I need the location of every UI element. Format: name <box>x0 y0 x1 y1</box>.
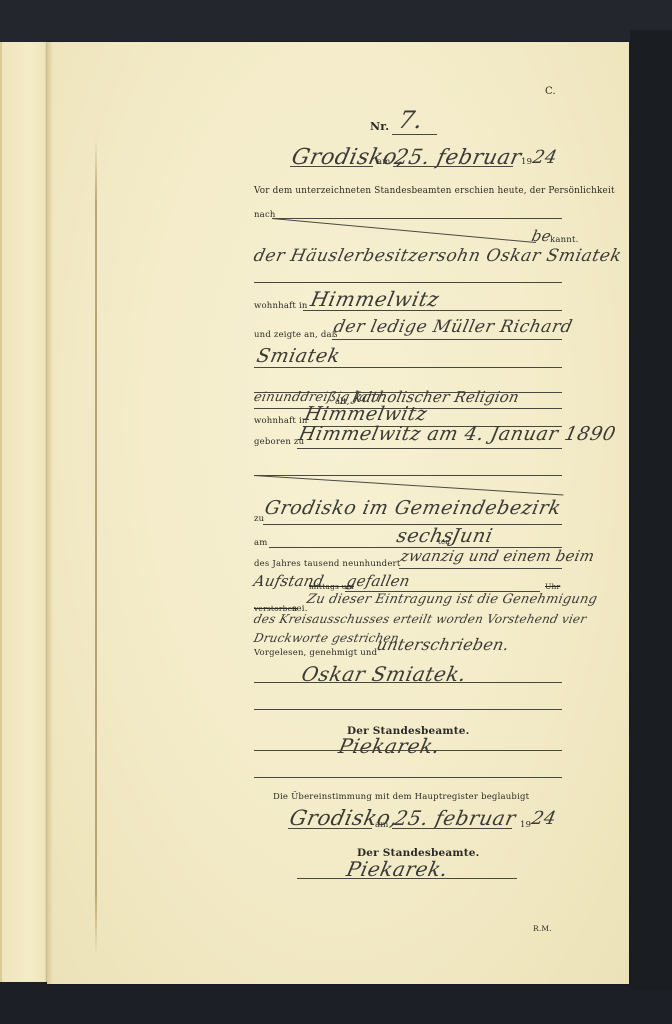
blank-rule-1 <box>254 475 562 476</box>
certification-year: 24 <box>530 808 559 829</box>
record-year: 24 <box>531 147 560 168</box>
previous-page-edge <box>0 42 51 982</box>
record-number-label: Nr. <box>370 120 389 133</box>
death-month: Juni <box>450 525 495 547</box>
official-signature-rule-1 <box>254 750 562 751</box>
record-number-value: 7. <box>396 106 426 134</box>
deceased-residence-label: wohnhaft in <box>254 416 308 426</box>
death-year-rule <box>399 568 562 569</box>
note-line-1: Zu dieser Eintragung ist die Genehmigung <box>305 592 598 607</box>
nach-rule <box>272 218 562 219</box>
deceased-rule-2 <box>254 367 562 368</box>
informant-name: der Häuslerbesitzersohn Oskar Smiatek <box>252 246 624 266</box>
death-year-words: zwanzig und einem beim <box>399 547 596 565</box>
corner-mark: C. <box>545 86 556 97</box>
death-place: Grodisko im Gemeindebezirk <box>263 497 564 519</box>
death-date-label: am <box>254 538 268 548</box>
blank-strikeout-diagonal <box>254 475 563 495</box>
informant-rule <box>254 282 562 283</box>
deceased-rule-1 <box>332 339 562 340</box>
certification-am-label: am <box>375 820 389 830</box>
death-year-label: des Jahres tausend neunhundert <box>254 559 400 569</box>
deceased-name-line1: der ledige Müller Richard <box>332 317 575 337</box>
certification-date: 25. februar <box>392 806 518 830</box>
birth-details: Himmelwitz am 4. Januar 1890 <box>297 423 618 445</box>
place-rule <box>290 166 373 167</box>
book-cover-edge <box>630 30 672 990</box>
uhr-label-struck: Uhr <box>545 582 560 591</box>
page-fold-crease <box>95 137 97 957</box>
certification-text: Die Übereinstimmung mit dem Hauptregiste… <box>273 792 529 802</box>
date-rule <box>393 166 513 167</box>
informant-signature-rule <box>254 682 562 683</box>
informant-residence: Himmelwitz <box>308 287 441 311</box>
death-day-suffix: ten <box>438 538 450 546</box>
footer-mark: R.M. <box>533 924 552 933</box>
nach-strikeout-diagonal <box>272 218 536 243</box>
register-page: C. Nr. 7. Grodisko, am 25. februar 19 24… <box>47 42 629 984</box>
certification-place-rule <box>288 828 372 829</box>
death-cause: gefallen <box>345 572 412 590</box>
record-number-rule <box>392 134 437 135</box>
birth-rule <box>297 448 562 449</box>
bekannt-label: kannt. <box>550 235 579 245</box>
official-signature-rule-2 <box>297 878 517 879</box>
date-am-label: am <box>377 157 391 167</box>
certification-date-rule <box>392 828 512 829</box>
blank-rule-3 <box>254 777 562 778</box>
deceased-residence: Himmelwitz <box>303 403 430 425</box>
deceased-name-line2: Smiatek <box>255 345 343 367</box>
official-signature-1: Piekarek. <box>336 734 442 758</box>
unterschrieben-handwritten: unterschrieben. <box>375 635 511 654</box>
informant-residence-label: wohnhaft in <box>254 301 308 311</box>
intro-text: Vor dem unterzeichneten Standesbeamten e… <box>254 186 615 196</box>
note-line-2: des Kreisausschusses erteilt worden Vors… <box>253 612 588 626</box>
residence-rule-1 <box>303 310 562 311</box>
vorgelesen-label: Vorgelesen, genehmigt und <box>254 648 377 658</box>
blank-rule-2 <box>254 709 562 710</box>
announcement-label: und zeigte an, daß <box>254 330 338 340</box>
